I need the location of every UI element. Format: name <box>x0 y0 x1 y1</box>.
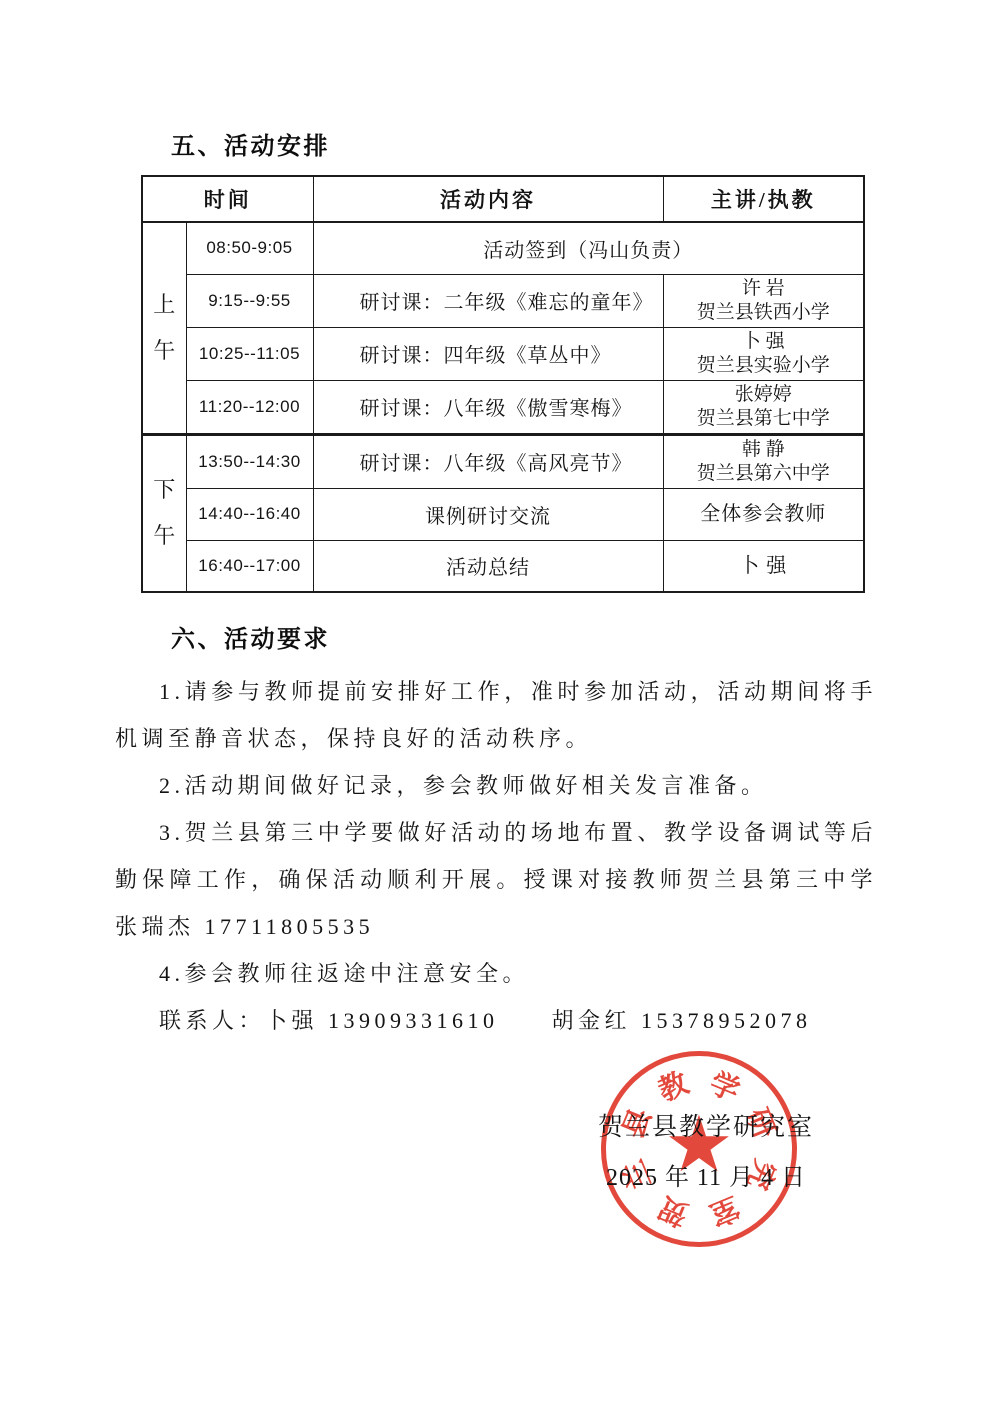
time-cell: 08:50-9:05 <box>186 222 313 274</box>
content-cell: 研讨课：二年级《难忘的童年》 <box>313 274 663 327</box>
speaker-cell: 全体参会教师 <box>663 488 864 540</box>
content-cell: 活动总结 <box>313 540 663 592</box>
document-content: 五、活动安排 时间 活动内容 主讲/执教 上午 08:50-9:05 活动签到（… <box>115 0 877 1044</box>
table-row-lesson3: 11:20--12:00 研讨课：八年级《傲雪寒梅》 张婷婷 贺兰县第七中学 <box>142 380 864 434</box>
time-cell: 9:15--9:55 <box>186 274 313 327</box>
content-cell: 研讨课：四年级《草丛中》 <box>313 327 663 380</box>
speaker-name: 张婷婷 <box>664 383 864 407</box>
requirements-block: 1.请参与教师提前安排好工作，准时参加活动，活动期间将手机调至静音状态，保持良好… <box>115 668 877 1044</box>
speaker-cell: 卜 强 <box>663 540 864 592</box>
content-cell: 研讨课：八年级《高风亮节》 <box>313 434 663 488</box>
speaker-cell: 张婷婷 贺兰县第七中学 <box>663 380 864 434</box>
speaker-cell: 韩 静 贺兰县第六中学 <box>663 434 864 488</box>
speaker-org: 贺兰县第七中学 <box>664 407 864 431</box>
section-title-schedule: 五、活动安排 <box>171 126 877 161</box>
speaker-name: 卜 强 <box>664 330 864 354</box>
document-page: 五、活动安排 时间 活动内容 主讲/执教 上午 08:50-9:05 活动签到（… <box>0 0 1000 1414</box>
period-cell-afternoon: 下午 <box>142 434 186 592</box>
signature-org: 贺兰县教学研究室 <box>538 1110 874 1146</box>
speaker-org: 贺兰县实验小学 <box>664 354 864 378</box>
table-row-summary: 16:40--17:00 活动总结 卜 强 <box>142 540 864 592</box>
time-cell: 13:50--14:30 <box>186 434 313 488</box>
contact-line: 联系人：卜强 13909331610 胡金红 15378952078 <box>115 997 877 1044</box>
header-cell-time: 时间 <box>142 176 313 222</box>
time-cell: 14:40--16:40 <box>186 488 313 540</box>
content-cell: 活动签到（冯山负责） <box>313 222 864 274</box>
speaker-org: 贺兰县铁西小学 <box>664 301 864 325</box>
speaker-name: 韩 静 <box>664 438 864 462</box>
period-cell-morning: 上午 <box>142 222 186 434</box>
table-row-lesson4: 下午 13:50--14:30 研讨课：八年级《高风亮节》 韩 静 贺兰县第六中… <box>142 434 864 488</box>
requirement-item-2: 2.活动期间做好记录，参会教师做好相关发言准备。 <box>115 762 877 809</box>
signature-block: 贺兰县教学研究室 2025 年 11 月 4 日 <box>538 1110 874 1196</box>
table-header-row: 时间 活动内容 主讲/执教 <box>142 176 864 222</box>
time-cell: 16:40--17:00 <box>186 540 313 592</box>
section-title-requirements: 六、活动要求 <box>171 619 877 654</box>
speaker-cell: 卜 强 贺兰县实验小学 <box>663 327 864 380</box>
table-row-lesson2: 10:25--11:05 研讨课：四年级《草丛中》 卜 强 贺兰县实验小学 <box>142 327 864 380</box>
speaker-cell: 许 岩 贺兰县铁西小学 <box>663 274 864 327</box>
content-cell: 研讨课：八年级《傲雪寒梅》 <box>313 380 663 434</box>
content-cell: 课例研讨交流 <box>313 488 663 540</box>
requirement-item-3: 3.贺兰县第三中学要做好活动的场地布置、教学设备调试等后勤保障工作，确保活动顺利… <box>115 809 877 950</box>
speaker-org: 贺兰县第六中学 <box>664 462 864 486</box>
header-cell-content: 活动内容 <box>313 176 663 222</box>
schedule-table: 时间 活动内容 主讲/执教 上午 08:50-9:05 活动签到（冯山负责） 9… <box>141 175 865 593</box>
requirement-item-4: 4.参会教师往返途中注意安全。 <box>115 950 877 997</box>
time-cell: 11:20--12:00 <box>186 380 313 434</box>
table-row-lesson1: 9:15--9:55 研讨课：二年级《难忘的童年》 许 岩 贺兰县铁西小学 <box>142 274 864 327</box>
requirement-item-1: 1.请参与教师提前安排好工作，准时参加活动，活动期间将手机调至静音状态，保持良好… <box>115 668 877 762</box>
table-row-discussion: 14:40--16:40 课例研讨交流 全体参会教师 <box>142 488 864 540</box>
signature-date: 2025 年 11 月 4 日 <box>538 1160 874 1196</box>
table-row-signin: 上午 08:50-9:05 活动签到（冯山负责） <box>142 222 864 274</box>
speaker-name: 许 岩 <box>664 277 864 301</box>
header-cell-speaker: 主讲/执教 <box>663 176 864 222</box>
time-cell: 10:25--11:05 <box>186 327 313 380</box>
